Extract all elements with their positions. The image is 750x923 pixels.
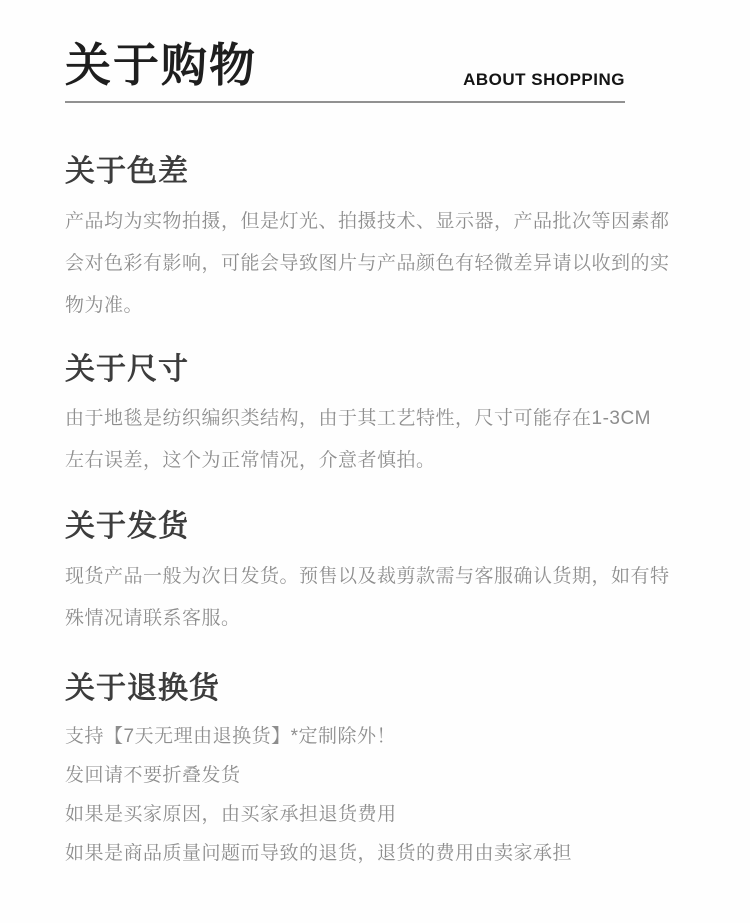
paragraph-line: 由于地毯是纺织编织类结构，由于其工艺特性，尺寸可能存在1-3CM [65,398,625,440]
section-body: 支持【7天无理由退换货】*定制除外！ 发回请不要折叠发货 如果是买家原因，由买家… [65,717,625,873]
section-heading: 关于发货 [65,508,625,546]
section-body: 由于地毯是纺织编织类结构，由于其工艺特性，尺寸可能存在1-3CM 左右误差，这个… [65,398,625,482]
paragraph-line: 物为准。 [65,285,625,327]
policy-line: 支持【7天无理由退换货】*定制除外！ [65,717,625,756]
page-title: 关于购物 [65,38,257,93]
paragraph-line: 左右误差，这个为正常情况，介意者慎拍。 [65,440,625,482]
section-returns: 关于退换货 支持【7天无理由退换货】*定制除外！ 发回请不要折叠发货 如果是买家… [65,670,625,874]
header-divider [65,101,625,103]
section-body: 现货产品一般为次日发货。预售以及裁剪款需与客服确认货期，如有特 殊情况请联系客服… [65,556,625,640]
policy-line: 如果是买家原因，由买家承担退货费用 [65,795,625,834]
page-subtitle: ABOUT SHOPPING [463,70,625,93]
section-size: 关于尺寸 由于地毯是纺织编织类结构，由于其工艺特性，尺寸可能存在1-3CM 左右… [65,351,625,483]
paragraph-line: 现货产品一般为次日发货。预售以及裁剪款需与客服确认货期，如有特 [65,556,625,598]
section-body: 产品均为实物拍摄，但是灯光、拍摄技术、显示器，产品批次等因素都 会对色彩有影响，… [65,201,625,327]
paragraph-line: 会对色彩有影响，可能会导致图片与产品颜色有轻微差异请以收到的实 [65,243,625,285]
page-header: 关于购物 ABOUT SHOPPING [65,0,625,101]
section-heading: 关于尺寸 [65,351,625,389]
about-shopping-page: 关于购物 ABOUT SHOPPING 关于色差 产品均为实物拍摄，但是灯光、拍… [0,0,750,923]
section-color-difference: 关于色差 产品均为实物拍摄，但是灯光、拍摄技术、显示器，产品批次等因素都 会对色… [65,153,625,327]
section-heading: 关于退换货 [65,670,625,708]
policy-line: 如果是商品质量问题而导致的退货，退货的费用由卖家承担 [65,834,625,873]
section-shipping: 关于发货 现货产品一般为次日发货。预售以及裁剪款需与客服确认货期，如有特 殊情况… [65,508,625,640]
section-heading: 关于色差 [65,153,625,191]
policy-line: 发回请不要折叠发货 [65,756,625,795]
paragraph-line: 产品均为实物拍摄，但是灯光、拍摄技术、显示器，产品批次等因素都 [65,201,625,243]
paragraph-line: 殊情况请联系客服。 [65,598,625,640]
